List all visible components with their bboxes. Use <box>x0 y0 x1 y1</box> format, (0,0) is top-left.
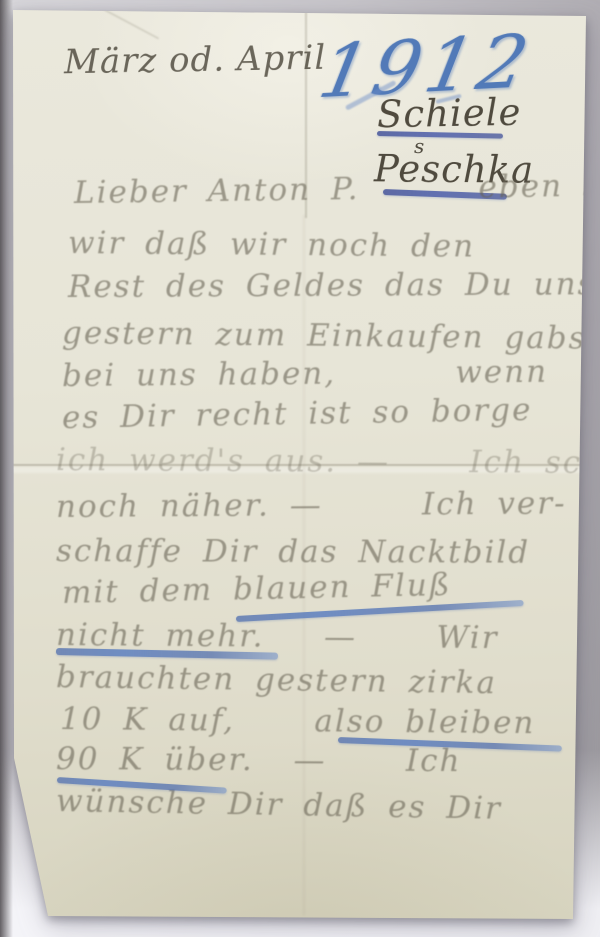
handwriting-line: bei uns haben, wenn <box>62 357 548 392</box>
handwriting-line: wir daß wir noch den <box>68 228 475 263</box>
handwriting-line: 90 K über. — Ich <box>56 744 462 777</box>
handwriting-line: schaffe Dir das Nacktbild <box>56 536 530 569</box>
handwriting-line: Lieber Anton P. eben sehen <box>74 169 600 209</box>
handwriting-line: mit dem blauen Fluß <box>62 570 452 609</box>
handwriting-line: noch näher. — Ich ver- <box>56 488 567 523</box>
handwriting-line: 10 K auf, also bleiben <box>60 704 536 739</box>
letter-photograph: März od. April 1912 Schiele s Peschka Li… <box>0 0 600 937</box>
handwriting-line: Rest des Geldes das Du uns <box>68 269 596 303</box>
handwriting-line: ich werd's aus. — Ich schreibe <box>56 445 600 479</box>
letter-paper: März od. April 1912 Schiele s Peschka Li… <box>0 0 600 937</box>
handwriting-line: gestern zum Einkaufen gabst <box>62 318 600 355</box>
date-annotation: März od. April <box>64 38 327 83</box>
handwriting-line: es Dir recht ist so borge <box>62 395 533 434</box>
crease-top-left <box>77 0 159 39</box>
handwriting-line: wünsche Dir daß es Dir <box>56 786 502 825</box>
name-schiele: Schiele <box>377 91 522 137</box>
handwriting-line: nicht mehr. — Wir <box>56 620 499 654</box>
handwriting-line: brauchten gestern zirka <box>56 662 497 699</box>
paper-shadow: März od. April 1912 Schiele s Peschka Li… <box>0 0 600 937</box>
